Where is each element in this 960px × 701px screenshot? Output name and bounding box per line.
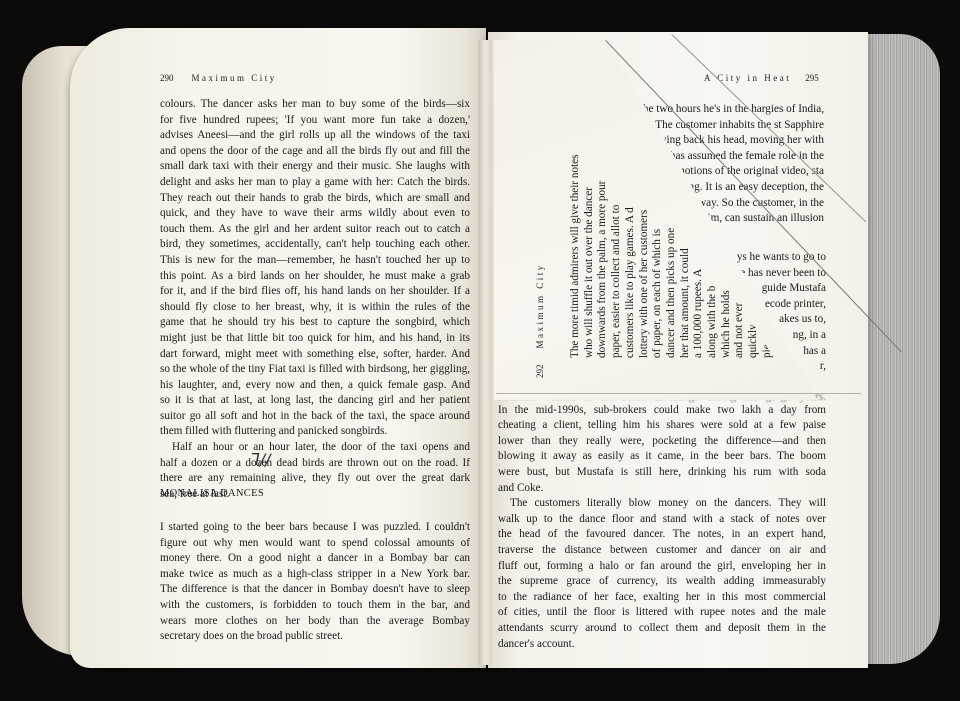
text-line: half a dozen or a dozen dead birds are t… — [160, 456, 470, 472]
text-line: dancer's account. — [498, 637, 826, 653]
text-line: quick, and they have to wave their arms … — [160, 206, 470, 222]
text-line: touch them. As the girl and her ardent s… — [160, 222, 470, 238]
text-line: lower than they really were, pocketing t… — [498, 434, 826, 450]
text-line: Half an hour or an hour later, the door … — [160, 440, 470, 456]
text-line: e has never been to — [736, 266, 826, 282]
text-line: fluff out, forming a halo or fan around … — [498, 559, 826, 575]
handwritten-mark: ᒣ// — [250, 450, 271, 469]
text-line: colours. The dancer asks her man to buy … — [160, 97, 470, 113]
text-line: with the customers, is forbidden to touc… — [160, 598, 470, 614]
section-heading: MONALISA DANCES — [160, 488, 264, 499]
text-line: attendants scurry around to collect them… — [498, 621, 826, 637]
left-page-number: 290 — [160, 73, 174, 83]
text-line: bird, they sometimes, accidentally, can'… — [160, 237, 470, 253]
book-gutter — [478, 40, 492, 665]
text-line: money there. On a good night a dancer in… — [160, 551, 470, 567]
text-line: This is new for the man—remember, he has… — [160, 253, 470, 269]
text-line: this point. As a bird lands on her shoul… — [160, 269, 470, 285]
text-line: figure out why men would want to spend c… — [160, 536, 470, 552]
text-line: The customers literally blow money on th… — [498, 496, 826, 512]
text-line: secretary does on the broad public stree… — [160, 629, 470, 645]
text-line: advises Aneesi—and the girl rolls up all… — [160, 128, 470, 144]
text-line: paper, easier to collect and allot to — [610, 78, 624, 358]
right-page-number: 295 — [805, 73, 819, 83]
text-line: delight and asks her man to play a game … — [160, 175, 470, 191]
text-line: might just be that little bit too quick … — [160, 331, 470, 347]
text-line: blowing it away as easily as it came, in… — [498, 449, 826, 465]
text-line: his laughter, and, every now and then, a… — [160, 378, 470, 394]
text-line: the supreme grace of currency, its wealt… — [498, 574, 826, 590]
text-line: to the radiance of her face, exalting he… — [498, 590, 826, 606]
right-page-edges — [866, 34, 940, 664]
text-line: traverse the distance between customer a… — [498, 543, 826, 559]
open-book-photo: 290Maximum City colours. The dancer asks… — [0, 0, 960, 701]
text-line: so it is that at last, at long last, the… — [160, 393, 470, 409]
text-line: should fly close to her breast, why, it … — [160, 300, 470, 316]
fold-bottom-edge — [496, 393, 861, 394]
right-bottom-text: Mustafa worked at the Stock Exchange dur… — [498, 402, 826, 652]
left-body-text: colours. The dancer asks her man to buy … — [160, 97, 470, 502]
text-line: of cities, until the floor is littered w… — [498, 605, 826, 621]
text-line: wears more clothes on her body than the … — [160, 614, 470, 630]
text-line: cheating a client, telling him his share… — [498, 418, 826, 434]
text-line: downwards from the palm, a more pour — [596, 78, 610, 358]
text-line: The more timid admirers will give their … — [569, 78, 583, 358]
text-line: for it, and if the bird flies off, his h… — [160, 284, 470, 300]
text-line: make twice as much as a high-class strip… — [160, 567, 470, 583]
left-section-text: I started going to the beer bars because… — [160, 520, 470, 645]
text-line: game that he should try his best to capt… — [160, 315, 470, 331]
folded-running-head: 292Maximum City — [535, 263, 545, 378]
text-line: The difference is that the dancer in Bom… — [160, 582, 470, 598]
text-line: for five hundred rupees; 'If you want mo… — [160, 113, 470, 129]
text-line: small dark taxi with their energy and th… — [160, 159, 470, 175]
text-line: so the whole of the tiny Fiat taxi is fi… — [160, 362, 470, 378]
text-line: dart forward, might meet with something … — [160, 347, 470, 363]
text-line: there are any remaining alive, they fly … — [160, 471, 470, 487]
text-line: and Coke. — [498, 481, 826, 497]
left-running-head: 290Maximum City — [160, 73, 277, 83]
left-head-title: Maximum City — [192, 73, 277, 83]
folded-head-title: Maximum City — [535, 263, 545, 348]
text-line: I started going to the beer bars because… — [160, 520, 470, 536]
folded-page-number: 292 — [535, 365, 545, 379]
text-line: them filled with fluttering and panicked… — [160, 424, 470, 440]
text-line: who will shuffle it out over the dancer — [583, 78, 597, 358]
text-line: were bust, but Mustafa is still here, dr… — [498, 465, 826, 481]
text-line: the head of the favoured dancer. The not… — [498, 527, 826, 543]
text-line: walk up to the dance floor and stand wit… — [498, 512, 826, 528]
text-line: and opens the door of the cage and all t… — [160, 144, 470, 160]
text-line: They reach out their hands to grab the b… — [160, 191, 470, 207]
text-line: suitor go all soft and hot in the back o… — [160, 409, 470, 425]
